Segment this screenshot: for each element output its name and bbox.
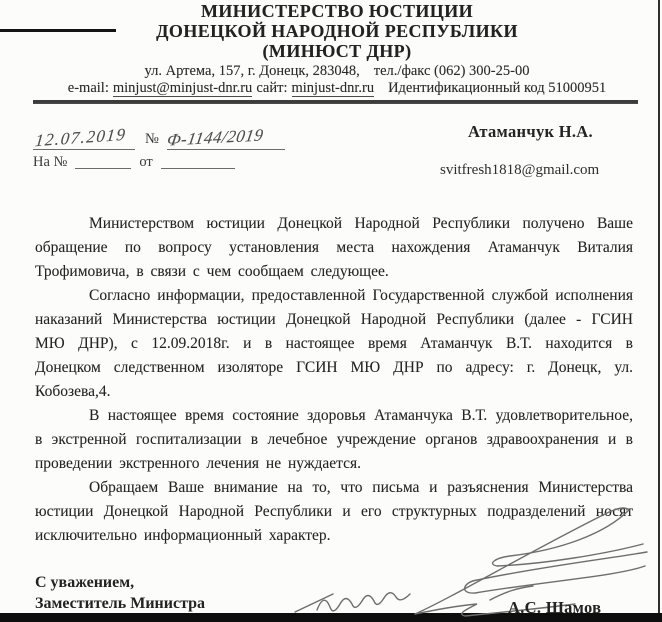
letterhead: МИНИСТЕРСТВО ЮСТИЦИИ ДОНЕЦКОЙ НАРОДНОЙ Р… bbox=[30, 1, 644, 104]
site-label: сайт: bbox=[256, 80, 287, 96]
number-blank-line: Ф-1144/2019 bbox=[167, 122, 285, 150]
ministry-site: minjust-dnr.ru bbox=[292, 80, 375, 97]
number-sign: № bbox=[145, 131, 159, 150]
reply-to-label: На № bbox=[33, 154, 67, 171]
reference-block: 12.07.2019 № Ф-1144/2019 На № от bbox=[33, 120, 323, 171]
letterhead-address-line: ул. Артема, 157, г. Донецк, 283048,тел./… bbox=[30, 63, 644, 80]
addressee-name: Атаманчук Н.А. bbox=[468, 122, 640, 142]
body-paragraph-1: Министерством юстиции Донецкой Народной … bbox=[35, 212, 633, 284]
body-paragraph-2: Согласно информации, предоставленной Гос… bbox=[35, 284, 633, 404]
ministry-title-line2: ДОНЕЦКОЙ НАРОДНОЙ РЕСПУБЛИКИ bbox=[30, 21, 644, 41]
body-paragraph-3: В настоящее время состояние здоровья Ата… bbox=[35, 404, 633, 476]
date-blank-line: 12.07.2019 bbox=[33, 122, 135, 150]
signer-position: Заместитель Министра bbox=[35, 593, 205, 614]
ministry-title-line3: (МИНЮСТ ДНР) bbox=[30, 41, 644, 61]
identification-code: Идентификационный код 51000951 bbox=[388, 80, 606, 96]
signer-name: А.С. Шамов bbox=[508, 598, 601, 618]
email-label: e-mail: bbox=[68, 80, 109, 96]
addressee-block: Атаманчук Н.А. svitfresh1818@gmail.com bbox=[440, 122, 640, 179]
outgoing-ref-row: 12.07.2019 № Ф-1144/2019 bbox=[33, 120, 323, 150]
handwritten-number: Ф-1144/2019 bbox=[165, 125, 264, 150]
letter-body: Министерством юстиции Донецкой Народной … bbox=[35, 212, 633, 548]
addressee-email: svitfresh1818@gmail.com bbox=[440, 162, 640, 179]
closing-block: С уважением, Заместитель Министра bbox=[35, 572, 205, 614]
scan-edge-right bbox=[658, 0, 660, 622]
handwritten-date: 12.07.2019 bbox=[34, 125, 127, 152]
letterhead-divider-rule bbox=[33, 100, 638, 104]
ministry-title-line1: МИНИСТЕРСТВО ЮСТИЦИИ bbox=[30, 1, 644, 21]
incoming-ref-row: На № от bbox=[33, 151, 323, 171]
reply-number-blank bbox=[75, 168, 131, 169]
letterhead-contacts-line: e-mail:minjust@minjust-dnr.ruсайт:minjus… bbox=[30, 80, 644, 97]
reply-from-label: от bbox=[139, 154, 152, 171]
postal-address: ул. Артема, 157, г. Донецк, 283048, bbox=[145, 63, 360, 79]
reply-date-blank bbox=[161, 168, 235, 169]
phone-fax: тел./факс (062) 300-25-00 bbox=[374, 63, 530, 79]
ministry-email: minjust@minjust-dnr.ru bbox=[113, 80, 252, 97]
closing-salutation: С уважением, bbox=[35, 572, 205, 593]
scanned-letter-page: МИНИСТЕРСТВО ЮСТИЦИИ ДОНЕЦКОЙ НАРОДНОЙ Р… bbox=[0, 0, 662, 622]
